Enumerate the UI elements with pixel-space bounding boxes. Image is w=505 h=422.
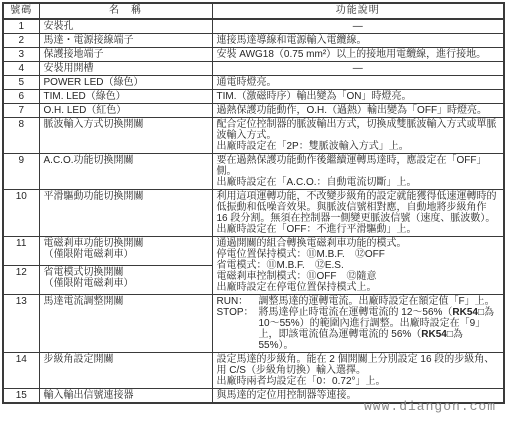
header-function-description: 功能說明 xyxy=(212,3,504,19)
name-line: 輸入輸出信號連接器 xyxy=(44,390,208,401)
description-line: — xyxy=(217,21,500,32)
name-cell: 馬達電流調整開關 xyxy=(39,295,212,353)
header-name: 名 稱 xyxy=(39,3,212,19)
name-line: 電磁剎車功能切換開關 xyxy=(44,238,208,249)
row-number-cell: 10 xyxy=(3,190,39,237)
description-block-text: 將馬達停止時電流在運轉電流的 12～56%（RK54□為 10～55%）的範圍內… xyxy=(259,307,500,351)
description-line: 配合定位控制器的脈波輸出方式，切換成雙脈波輸入方式或單脈波輸入方式。 xyxy=(217,119,500,141)
table-row: 5POWER LED（綠色）通電時燈亮。 xyxy=(3,76,504,90)
description-cell: RUN：調整馬達的運轉電流。出廠時設定在額定值「F」上。STOP：將馬達停止時電… xyxy=(212,295,504,353)
name-line: 馬達電流調整開關 xyxy=(44,296,208,307)
description-cell: 要在過熱保護功能動作後繼續運轉馬達時，應設定在「OFF」側。出廠時設定在「A.C… xyxy=(212,154,504,190)
row-number-cell: 6 xyxy=(3,90,39,104)
description-block: STOP：將馬達停止時電流在運轉電流的 12～56%（RK54□為 10～55%… xyxy=(217,307,500,351)
watermark: www.diangon.com xyxy=(364,399,496,414)
name-line: A.C.O.功能切換開關 xyxy=(44,155,208,166)
name-cell: TIM. LED（綠色） xyxy=(39,90,212,104)
name-line: （僅限附電磁剎車） xyxy=(44,249,208,260)
description-line: 安裝 AWG18（0.75 mm²）以上的接地用電纜線，進行接地。 xyxy=(217,49,500,60)
description-cell: 設定馬達的步級角。能在 2 個開關上分別設定 16 段的步級角、用 C/S（步級… xyxy=(212,353,504,389)
row-number-cell: 5 xyxy=(3,76,39,90)
name-line: 步級角設定開關 xyxy=(44,354,208,365)
name-line: 馬達・電源接線端子 xyxy=(44,35,208,46)
description-cell: 配合定位控制器的脈波輸出方式，切換成雙脈波輸入方式或單脈波輸入方式。出廠時設定在… xyxy=(212,118,504,154)
description-cell: 安裝 AWG18（0.75 mm²）以上的接地用電纜線，進行接地。 xyxy=(212,48,504,62)
row-number-cell: 7 xyxy=(3,104,39,118)
description-cell: 連接馬達導線和電源輸入電纜線。 xyxy=(212,34,504,48)
name-line: POWER LED（綠色） xyxy=(44,77,208,88)
table-row: 1安裝孔— xyxy=(3,19,504,34)
name-cell: 馬達・電源接線端子 xyxy=(39,34,212,48)
description-line: 出廠時設定在「2P：雙脈波輸入方式」上。 xyxy=(217,141,500,152)
table-row: 13馬達電流調整開關RUN：調整馬達的運轉電流。出廠時設定在額定值「F」上。ST… xyxy=(3,295,504,353)
description-line: 出廠時設定在停電位置保持模式上。 xyxy=(217,282,500,293)
name-cell: 脈波輸入方式切換開關 xyxy=(39,118,212,154)
row-number-cell: 13 xyxy=(3,295,39,353)
name-cell: 安裝孔 xyxy=(39,19,212,34)
description-block-label: RUN： xyxy=(217,296,259,307)
description-line: 利用這項運轉功能，不改變步級角的設定就能獲得低速運轉時的低振動和低噪音效果。與脈… xyxy=(217,191,500,224)
table-body: 1安裝孔—2馬達・電源接線端子連接馬達導線和電源輸入電纜線。3保護接地端子安裝 … xyxy=(3,19,504,403)
name-cell: 電磁剎車功能切換開關（僅限附電磁剎車） xyxy=(39,237,212,266)
description-line: 設定馬達的步級角。能在 2 個開關上分別設定 16 段的步級角、用 C/S（步級… xyxy=(217,354,500,376)
description-line: 通電時燈亮。 xyxy=(217,77,500,88)
description-line: 要在過熱保護功能動作後繼續運轉馬達時，應設定在「OFF」側。 xyxy=(217,155,500,177)
description-line: 連接馬達導線和電源輸入電纜線。 xyxy=(217,35,500,46)
description-cell: — xyxy=(212,62,504,76)
table-row: 9A.C.O.功能切換開關要在過熱保護功能動作後繼續運轉馬達時，應設定在「OFF… xyxy=(3,154,504,190)
table-row: 6TIM. LED（綠色）TIM.（激磁時序）輸出變為「ON」時燈亮。 xyxy=(3,90,504,104)
table-row: 8脈波輸入方式切換開關配合定位控制器的脈波輸出方式，切換成雙脈波輸入方式或單脈波… xyxy=(3,118,504,154)
description-line: 省電模式：⑪M.B.F. ⑫E.S. xyxy=(217,260,500,271)
description-line: — xyxy=(217,63,500,74)
row-number-cell: 1 xyxy=(3,19,39,34)
description-line: TIM.（激磁時序）輸出變為「ON」時燈亮。 xyxy=(217,91,500,102)
name-line: （僅限附電磁剎車） xyxy=(44,278,208,289)
description-line: 電磁剎車控制模式：⑪OFF ⑫隨意 xyxy=(217,271,500,282)
description-line: 出廠時設定在「A.C.O.：自動電流切斷」上。 xyxy=(217,177,500,188)
table-row: 3保護接地端子安裝 AWG18（0.75 mm²）以上的接地用電纜線，進行接地。 xyxy=(3,48,504,62)
name-cell: 省電模式切換開關（僅限附電磁剎車） xyxy=(39,266,212,295)
name-cell: 保護接地端子 xyxy=(39,48,212,62)
manual-page: 號碼 名 稱 功能說明 1安裝孔—2馬達・電源接線端子連接馬達導線和電源輸入電纜… xyxy=(0,0,505,422)
row-number-cell: 15 xyxy=(3,389,39,404)
description-line: 出廠時兩者均設定在「0：0.72°」上。 xyxy=(217,376,500,387)
row-number-cell: 9 xyxy=(3,154,39,190)
description-cell: 通過開關的組合轉換電磁剎車功能的模式。停電位置保持模式：⑪M.B.F. ⑫OFF… xyxy=(212,237,504,295)
name-line: 脈波輸入方式切換開關 xyxy=(44,119,208,130)
name-line: TIM. LED（綠色） xyxy=(44,91,208,102)
row-number-cell: 12 xyxy=(3,266,39,295)
name-cell: A.C.O.功能切換開關 xyxy=(39,154,212,190)
description-block-text: 調整馬達的運轉電流。出廠時設定在額定值「F」上。 xyxy=(259,296,500,307)
name-line: 平滑驅動功能切換開關 xyxy=(44,191,208,202)
description-line: 過熱保護功能動作，O.H.（過熱）輸出變為「OFF」時燈亮。 xyxy=(217,105,500,116)
description-block-label: STOP： xyxy=(217,307,259,351)
table-row: 2馬達・電源接線端子連接馬達導線和電源輸入電纜線。 xyxy=(3,34,504,48)
description-cell: 過熱保護功能動作，O.H.（過熱）輸出變為「OFF」時燈亮。 xyxy=(212,104,504,118)
table-row: 11電磁剎車功能切換開關（僅限附電磁剎車）通過開關的組合轉換電磁剎車功能的模式。… xyxy=(3,237,504,266)
table-row: 7O.H. LED（紅色）過熱保護功能動作，O.H.（過熱）輸出變為「OFF」時… xyxy=(3,104,504,118)
row-number-cell: 2 xyxy=(3,34,39,48)
name-line: O.H. LED（紅色） xyxy=(44,105,208,116)
description-cell: — xyxy=(212,19,504,34)
table-row: 14步級角設定開關設定馬達的步級角。能在 2 個開關上分別設定 16 段的步級角… xyxy=(3,353,504,389)
name-line: 安裝用開槽 xyxy=(44,63,208,74)
description-block: RUN：調整馬達的運轉電流。出廠時設定在額定值「F」上。 xyxy=(217,296,500,307)
row-number-cell: 3 xyxy=(3,48,39,62)
header-number: 號碼 xyxy=(3,3,39,19)
name-cell: 安裝用開槽 xyxy=(39,62,212,76)
row-number-cell: 4 xyxy=(3,62,39,76)
description-line: 停電位置保持模式：⑪M.B.F. ⑫OFF xyxy=(217,249,500,260)
table-row: 4安裝用開槽— xyxy=(3,62,504,76)
row-number-cell: 8 xyxy=(3,118,39,154)
name-cell: 輸入輸出信號連接器 xyxy=(39,389,212,404)
description-cell: TIM.（激磁時序）輸出變為「ON」時燈亮。 xyxy=(212,90,504,104)
name-cell: 步級角設定開關 xyxy=(39,353,212,389)
table-row: 10平滑驅動功能切換開關利用這項運轉功能，不改變步級角的設定就能獲得低速運轉時的… xyxy=(3,190,504,237)
name-cell: O.H. LED（紅色） xyxy=(39,104,212,118)
row-number-cell: 14 xyxy=(3,353,39,389)
name-line: 安裝孔 xyxy=(44,21,208,32)
row-number-cell: 11 xyxy=(3,237,39,266)
function-description-table: 號碼 名 稱 功能說明 1安裝孔—2馬達・電源接線端子連接馬達導線和電源輸入電纜… xyxy=(2,2,505,404)
table-header-row: 號碼 名 稱 功能說明 xyxy=(3,3,504,19)
description-line: 出廠時設定在「OFF：不進行平滑驅動」上。 xyxy=(217,224,500,235)
name-line: 省電模式切換開關 xyxy=(44,267,208,278)
description-cell: 通電時燈亮。 xyxy=(212,76,504,90)
description-cell: 利用這項運轉功能，不改變步級角的設定就能獲得低速運轉時的低振動和低噪音效果。與脈… xyxy=(212,190,504,237)
name-cell: 平滑驅動功能切換開關 xyxy=(39,190,212,237)
name-cell: POWER LED（綠色） xyxy=(39,76,212,90)
name-line: 保護接地端子 xyxy=(44,49,208,60)
description-line: 通過開關的組合轉換電磁剎車功能的模式。 xyxy=(217,238,500,249)
